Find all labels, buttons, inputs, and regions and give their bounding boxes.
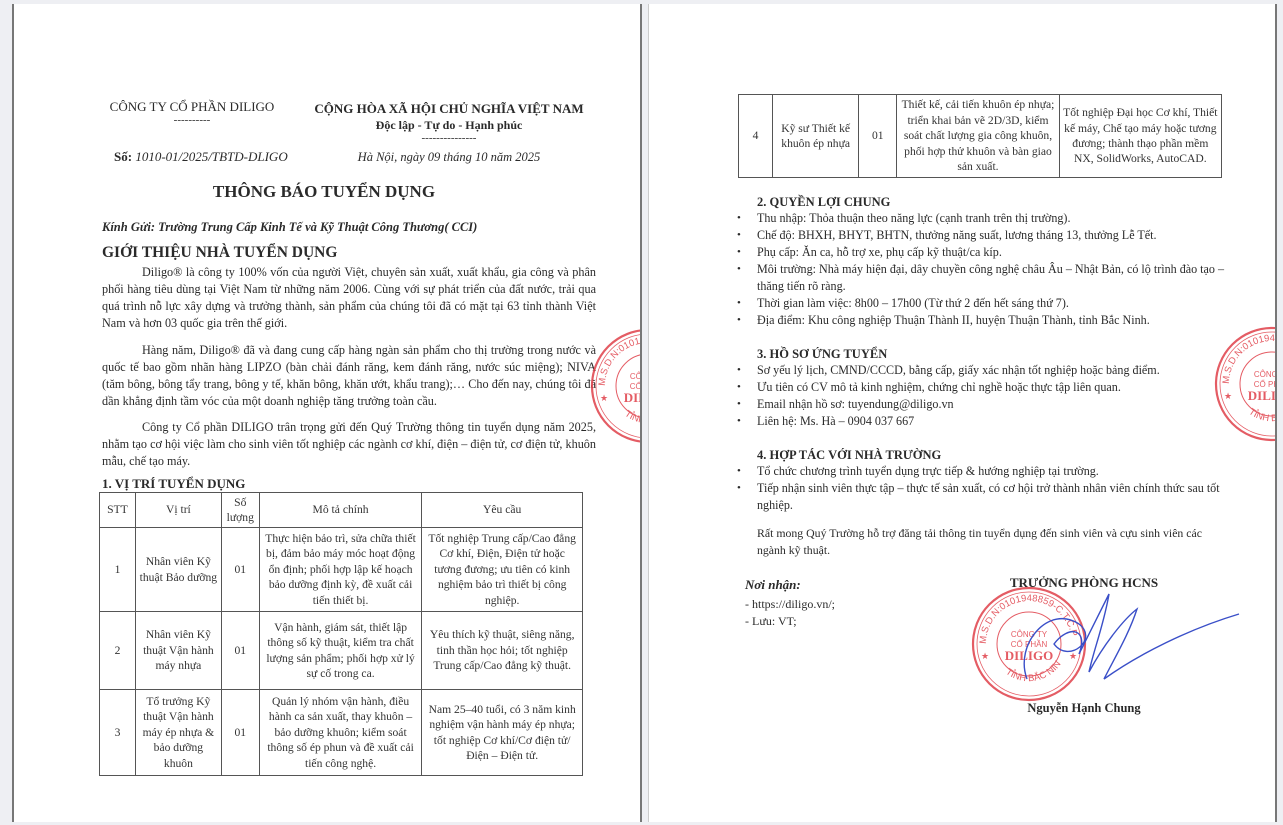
- table-row: 4 Kỹ sư Thiết kế khuôn ép nhựa 01 Thiết …: [739, 95, 1222, 178]
- application-item: Ưu tiên có CV mô tả kinh nghiệm, chứng c…: [733, 379, 1233, 396]
- positions-table: STT Vị trí Số lượng Mô tả chính Yêu cầu …: [99, 492, 583, 776]
- nation-title: CỘNG HÒA XÃ HỘI CHỦ NGHĨA VIỆT NAM: [309, 101, 589, 117]
- document-number-value: 1010-01/2025/TBTD-DLIGO: [135, 149, 287, 164]
- row-quantity: 01: [221, 528, 259, 612]
- application-item: Sơ yếu lý lịch, CMND/CCCD, bằng cấp, giấ…: [733, 362, 1233, 379]
- motto-rule: ---------------: [309, 132, 589, 144]
- benefits-heading: 2. QUYỀN LỢI CHUNG: [733, 195, 1233, 210]
- document-page-left: CÔNG TY CỔ PHẦN DILIGO ---------- Số: 10…: [12, 4, 642, 822]
- nation-motto: Độc lập - Tự do - Hạnh phúc: [309, 118, 589, 133]
- intro-paragraph-1: Diligo® là công ty 100% vốn của người Vi…: [102, 264, 596, 332]
- cooperation-heading: 4. HỢP TÁC VỚI NHÀ TRƯỜNG: [733, 448, 1233, 463]
- recipient-line: Kính Gửi: Trường Trung Cấp Kinh Tế và Kỹ…: [102, 220, 602, 235]
- company-stamp-partial-left: [588, 326, 642, 446]
- table-header-row: STT Vị trí Số lượng Mô tả chính Yêu cầu: [100, 493, 583, 528]
- row-stt: 1: [100, 528, 136, 612]
- row-requirements: Tốt nghiệp Đại học Cơ khí, Thiết kế máy,…: [1059, 95, 1221, 178]
- table-row: 2 Nhân viên Kỹ thuật Vận hành máy nhựa 0…: [100, 612, 583, 690]
- benefit-item: Chế độ: BHXH, BHYT, BHTN, thưởng năng su…: [733, 227, 1233, 244]
- intro-heading: GIỚI THIỆU NHÀ TUYỂN DỤNG: [102, 244, 602, 262]
- benefit-item: Thu nhập: Thỏa thuận theo năng lực (cạnh…: [733, 210, 1233, 227]
- table-row: 1 Nhân viên Kỹ thuật Bảo dưỡng 01 Thực h…: [100, 528, 583, 612]
- table-header-requirements: Yêu cầu: [422, 493, 583, 528]
- table-header-description: Mô tả chính: [259, 493, 422, 528]
- benefits-list: Thu nhập: Thỏa thuận theo năng lực (cạnh…: [733, 210, 1233, 329]
- row-quantity: 01: [221, 690, 259, 776]
- table-row: 3 Tổ trưởng Kỹ thuật Vận hành máy ép nhự…: [100, 690, 583, 776]
- cooperation-item: Tổ chức chương trình tuyển dụng trực tiế…: [733, 463, 1233, 480]
- document-number-label: Số:: [114, 149, 132, 164]
- benefits-section: 2. QUYỀN LỢI CHUNG Thu nhập: Thỏa thuận …: [733, 195, 1233, 329]
- application-item: Liên hệ: Ms. Hà – 0904 037 667: [733, 413, 1233, 430]
- row-position: Kỹ sư Thiết kế khuôn ép nhựa: [773, 95, 859, 178]
- company-rule: ----------: [102, 114, 282, 126]
- table-header-position: Vị trí: [135, 493, 221, 528]
- row-requirements: Nam 25–40 tuổi, có 3 năm kinh nghiệm vận…: [422, 690, 583, 776]
- table-header-quantity: Số lượng: [221, 493, 259, 528]
- application-list: Sơ yếu lý lịch, CMND/CCCD, bằng cấp, giấ…: [733, 362, 1233, 430]
- recipient-item: - Lưu: VT;: [745, 613, 797, 630]
- recipients-label: Nơi nhận:: [745, 577, 801, 593]
- row-position: Nhân viên Kỹ thuật Vận hành máy nhựa: [135, 612, 221, 690]
- cooperation-section: 4. HỢP TÁC VỚI NHÀ TRƯỜNG Tổ chức chương…: [733, 448, 1233, 514]
- row-position: Nhân viên Kỹ thuật Bảo dưỡng: [135, 528, 221, 612]
- row-requirements: Tốt nghiệp Trung cấp/Cao đẳng Cơ khí, Đi…: [422, 528, 583, 612]
- row-quantity: 01: [221, 612, 259, 690]
- recipient-item: - https://diligo.vn/;: [745, 596, 835, 613]
- row-description: Thiết kế, cải tiến khuôn ép nhựa; triển …: [897, 95, 1059, 178]
- benefit-item: Phụ cấp: Ăn ca, hỗ trợ xe, phụ cấp kỹ th…: [733, 244, 1233, 261]
- row-quantity: 01: [859, 95, 897, 178]
- place-date: Hà Nội, ngày 09 tháng 10 năm 2025: [309, 150, 589, 165]
- benefit-item: Địa điểm: Khu công nghiệp Thuận Thành II…: [733, 312, 1233, 329]
- section-1-heading: 1. VỊ TRÍ TUYỂN DỤNG: [102, 476, 502, 492]
- document-page-right: 4 Kỹ sư Thiết kế khuôn ép nhựa 01 Thiết …: [648, 4, 1277, 822]
- application-item: Email nhận hồ sơ: tuyendung@diligo.vn: [733, 396, 1233, 413]
- company-stamp-partial-right: [1212, 324, 1277, 444]
- cooperation-item: Tiếp nhận sinh viên thực tập – thực tế s…: [733, 480, 1233, 514]
- intro-paragraph-3: Công ty Cổ phần DILIGO trân trọng gửi đế…: [102, 419, 596, 470]
- document-number: Số: 1010-01/2025/TBTD-DLIGO: [114, 149, 314, 165]
- benefit-item: Môi trường: Nhà máy hiện đại, dây chuyền…: [733, 261, 1233, 295]
- closing-paragraph: Rất mong Quý Trường hỗ trợ đăng tải thôn…: [757, 525, 1227, 559]
- cooperation-list: Tổ chức chương trình tuyển dụng trực tiế…: [733, 463, 1233, 514]
- row-stt: 3: [100, 690, 136, 776]
- row-description: Thực hiện bảo trì, sửa chữa thiết bị, đả…: [259, 528, 422, 612]
- row-stt: 2: [100, 612, 136, 690]
- application-heading: 3. HỒ SƠ ỨNG TUYỂN: [733, 347, 1233, 362]
- row-stt: 4: [739, 95, 773, 178]
- positions-table-continued: 4 Kỹ sư Thiết kế khuôn ép nhựa 01 Thiết …: [738, 94, 1222, 178]
- signer-name: Nguyễn Hạnh Chung: [979, 701, 1189, 716]
- row-description: Vận hành, giám sát, thiết lập thông số k…: [259, 612, 422, 690]
- table-header-stt: STT: [100, 493, 136, 528]
- application-section: 3. HỒ SƠ ỨNG TUYỂN Sơ yếu lý lịch, CMND/…: [733, 347, 1233, 430]
- benefit-item: Thời gian làm việc: 8h00 – 17h00 (Từ thứ…: [733, 295, 1233, 312]
- intro-paragraph-2: Hàng năm, Diligo® đã và đang cung cấp hà…: [102, 342, 596, 410]
- row-description: Quản lý nhóm vận hành, điều hành ca sản …: [259, 690, 422, 776]
- company-name: CÔNG TY CỔ PHẦN DILIGO: [102, 99, 282, 115]
- row-position: Tổ trưởng Kỹ thuật Vận hành máy ép nhựa …: [135, 690, 221, 776]
- document-title: THÔNG BÁO TUYỂN DỤNG: [74, 182, 574, 202]
- row-requirements: Yêu thích kỹ thuật, siêng năng, tinh thầ…: [422, 612, 583, 690]
- signature: [1009, 584, 1249, 694]
